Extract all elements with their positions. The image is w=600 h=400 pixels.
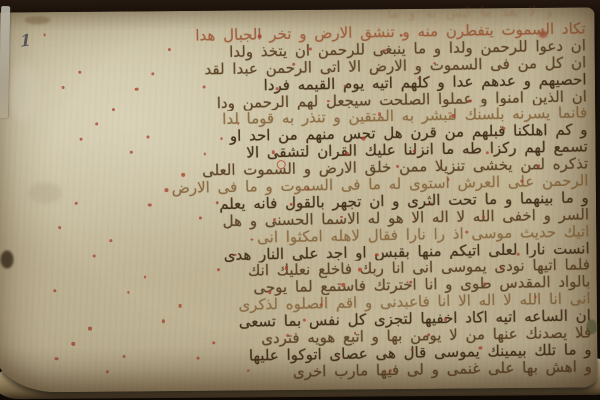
red-diacritic-dot (292, 63, 295, 66)
parchment-stain (24, 16, 50, 24)
red-diacritic-dot (452, 114, 456, 118)
red-diacritic-dot (168, 48, 172, 52)
red-diacritic-dot (358, 268, 362, 272)
red-diacritic-dot (427, 333, 430, 336)
red-diacritic-dot (196, 357, 199, 360)
red-diacritic-dot (383, 49, 386, 52)
red-diacritic-dot (362, 137, 366, 141)
red-diacritic-dot (306, 188, 309, 191)
red-diacritic-dot (216, 201, 219, 204)
red-diacritic-dot (342, 283, 346, 287)
red-diacritic-dot (58, 226, 62, 230)
red-diacritic-dot (516, 252, 519, 255)
red-diacritic-dot (78, 70, 82, 74)
red-diacritic-dot (234, 253, 237, 256)
red-diacritic-dot (71, 342, 75, 346)
red-diacritic-dot (75, 202, 79, 206)
red-diacritic-dot (309, 47, 312, 50)
parchment-stain (0, 250, 13, 268)
red-diacritic-dot (204, 153, 207, 156)
red-diacritic-dot (148, 203, 152, 207)
red-diacritic-dot (151, 72, 155, 76)
red-diacritic-dot (537, 164, 540, 167)
red-diacritic-dot (345, 152, 349, 156)
red-diacritic-dot (354, 332, 357, 335)
red-diacritic-dot (447, 178, 450, 181)
red-diacritic-dot (55, 357, 59, 361)
red-diacritic-dot (161, 319, 165, 323)
red-diacritic-dot (106, 370, 109, 373)
red-diacritic-dot (130, 151, 133, 154)
red-diacritic-dot (237, 122, 240, 125)
red-diacritic-dot (303, 319, 306, 322)
red-diacritic-dot (112, 108, 115, 111)
red-diacritic-dot (258, 34, 262, 38)
folio-number-pencil-mark: 1 (20, 32, 32, 50)
red-diacritic-dot (276, 87, 279, 90)
red-diacritic-dot (199, 216, 202, 219)
red-diacritic-dot (521, 180, 524, 183)
red-diacritic-dot (61, 86, 65, 90)
red-diacritic-dot (135, 87, 139, 91)
red-diacritic-dot (213, 341, 216, 344)
red-diacritic-dot (181, 173, 185, 177)
red-diacritic-dot (147, 136, 150, 139)
red-diacritic-dot (96, 123, 99, 126)
red-diacritic-dot (220, 137, 223, 140)
red-diacritic-dot (444, 318, 447, 321)
verse-marker-ring (277, 160, 286, 169)
red-diacritic-dot (54, 290, 57, 293)
red-diacritic-dot (127, 291, 130, 294)
red-diacritic-dot (271, 150, 275, 154)
red-diacritic-dot (109, 239, 112, 242)
red-diacritic-dot (250, 238, 253, 241)
red-diacritic-dot (247, 369, 250, 372)
red-diacritic-dot (79, 138, 82, 141)
red-diacritic-dot (478, 346, 482, 350)
red-diacritic-dot (344, 85, 347, 88)
red-diacritic-dot (217, 269, 220, 272)
red-diacritic-dot (273, 218, 276, 221)
red-diacritic-dot (178, 304, 182, 308)
red-diacritic-dot (399, 34, 402, 37)
red-diacritic-dot (88, 327, 92, 331)
red-diacritic-dot (92, 254, 95, 257)
red-diacritic-dot (144, 276, 147, 279)
red-diacritic-dot (123, 355, 126, 358)
parchment-leaf: و لا بعد ما ليس به و ما تكاد السموت يتفط… (0, 7, 598, 392)
red-diacritic-dot (43, 33, 46, 36)
red-diacritic-dot (327, 100, 330, 103)
red-diacritic-dot (165, 188, 169, 192)
manuscript-photo: و لا بعد ما ليس به و ما تكاد السموت يتفط… (0, 0, 600, 400)
red-diacritic-dot (286, 334, 289, 337)
red-diacritic-dot (534, 296, 537, 299)
manuscript-text-block: تكاد السموت يتفطرن منه و تنشق الارض و تخ… (21, 20, 592, 389)
red-diacritic-dot (202, 85, 205, 88)
red-diacritic-dot (468, 99, 472, 103)
red-diacritic-dot (289, 203, 292, 206)
red-diacritic-dot (375, 253, 379, 257)
